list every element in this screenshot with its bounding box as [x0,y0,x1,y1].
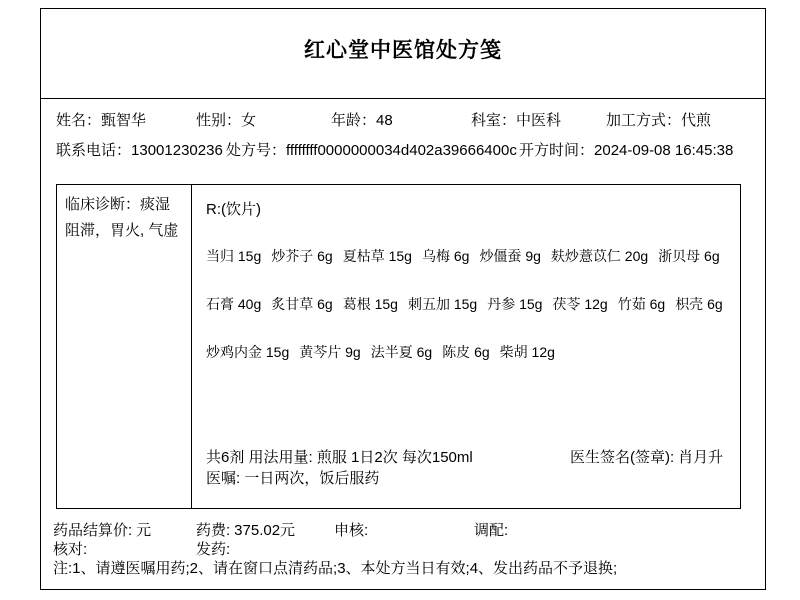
herb-line: 当归 15g炒芥子 6g夏枯草 15g乌梅 6g炒僵蚕 9g麸炒薏苡仁 20g浙… [206,232,726,280]
field-department: 科室：中医科 [471,109,561,130]
herb-item: 法半夏 6g [371,342,432,362]
field-phone: 联系电话：13001230236 [56,139,223,160]
footer-row-1: 药品结算价:元 药费:375.02元 申核: 调配: [41,519,765,538]
patient-age-value: 48 [376,112,393,129]
herb-item: 炙甘草 6g [271,294,332,314]
herb-item: 乌梅 6g [422,246,469,266]
herb-item: 陈皮 6g [442,342,489,362]
prescription-box: 临床诊断：痰湿阻滞，胃火, 气虚 R:(饮片) 当归 15g炒芥子 6g夏枯草 … [56,184,741,509]
rx-header: R:(饮片) [206,198,726,218]
field-issue-time: 开方时间：2024-09-08 16:45:38 [519,139,733,160]
field-patient-gender: 性别：女 [196,109,256,130]
patient-info-row-1: 姓名：甄智华 性别：女 年龄：48 科室：中医科 加工方式：代煎 [41,109,765,127]
patient-info-row-2: 联系电话：13001230236 处方号：ffffffff0000000034d… [41,139,765,157]
footer-row-3: 注:1、请遵医嘱用药;2、请在窗口点清药品;3、本处方当日有效;4、发出药品不予… [41,557,765,576]
footer-note: 注:1、请遵医嘱用药;2、请在窗口点清药品;3、本处方当日有效;4、发出药品不予… [53,557,617,578]
field-audit: 申核: [334,519,372,540]
herb-item: 柴胡 12g [500,342,555,362]
doctor-signature: 医生签名(签章):肖月升 [570,447,730,468]
field-settle-price: 药品结算价:元 [53,519,151,540]
settle-price-value: 元 [136,522,151,539]
footer-row-2: 核对: 发药: [41,538,765,557]
herb-item: 炒芥子 6g [271,246,332,266]
issue-time-value: 2024-09-08 16:45:38 [594,142,733,159]
herb-line: 石膏 40g炙甘草 6g葛根 15g刺五加 15g丹参 15g茯苓 12g竹茹 … [206,280,726,328]
prescription-page: 红心堂中医馆处方笺 姓名：甄智华 性别：女 年龄：48 科室：中医科 加工方式：… [0,0,800,600]
usage-summary: 共6剂 用法用量: 煎服 1日2次 每次150ml [206,447,473,468]
herb-item: 丹参 15g [487,294,542,314]
herb-item: 茯苓 12g [552,294,607,314]
herb-item: 麸炒薏苡仁 20g [551,246,648,266]
herb-item: 石膏 40g [206,294,261,314]
herb-item: 炒僵蚕 9g [479,246,540,266]
issue-med-label: 发药: [196,541,230,558]
rx-number-label: 处方号： [226,142,286,159]
field-check: 核对: [53,538,91,559]
doctor-signature-value: 肖月升 [678,449,723,466]
field-fee: 药费:375.02元 [196,519,295,540]
processing-method-label: 加工方式： [606,112,681,129]
prescription-content: R:(饮片) 当归 15g炒芥子 6g夏枯草 15g乌梅 6g炒僵蚕 9g麸炒薏… [192,185,740,508]
patient-age-label: 年龄： [331,112,376,129]
department-value: 中医科 [516,112,561,129]
herb-item: 黄芩片 9g [299,342,360,362]
issue-time-label: 开方时间： [519,142,594,159]
patient-name-label: 姓名： [56,112,101,129]
processing-method-value: 代煎 [681,112,711,129]
fee-label: 药费: [196,522,230,539]
audit-label: 申核: [334,522,368,539]
herb-item: 葛根 15g [343,294,398,314]
field-rx-number: 处方号：ffffffff0000000034d402a39666400c [226,139,517,160]
herb-item: 枳壳 6g [675,294,722,314]
settle-price-label: 药品结算价: [53,522,132,539]
header-divider [41,98,765,99]
herb-item: 炒鸡内金 15g [206,342,289,362]
field-patient-name: 姓名：甄智华 [56,109,146,130]
field-patient-age: 年龄：48 [331,109,393,130]
check-label: 核对: [53,541,87,558]
diagnosis-label: 临床诊断： [65,196,140,213]
herb-line: 炒鸡内金 15g黄芩片 9g法半夏 6g陈皮 6g柴胡 12g [206,328,726,376]
department-label: 科室： [471,112,516,129]
page-title: 红心堂中医馆处方笺 [41,34,765,64]
phone-value: 13001230236 [131,142,223,159]
field-processing-method: 加工方式：代煎 [606,109,711,130]
clinical-diagnosis: 临床诊断：痰湿阻滞，胃火, 气虚 [57,185,192,508]
patient-gender-label: 性别： [196,112,241,129]
field-dispense: 调配: [474,519,512,540]
doctor-signature-label: 医生签名(签章): [570,449,674,466]
herb-item: 刺五加 15g [408,294,477,314]
patient-name-value: 甄智华 [101,112,146,129]
herb-item: 浙贝母 6g [658,246,719,266]
herb-item: 夏枯草 15g [343,246,412,266]
fee-value: 375.02元 [234,522,295,539]
patient-gender-value: 女 [241,112,256,129]
herb-lines: 当归 15g炒芥子 6g夏枯草 15g乌梅 6g炒僵蚕 9g麸炒薏苡仁 20g浙… [206,232,726,376]
field-issue-med: 发药: [196,538,234,559]
doctor-advice: 医嘱: 一日两次，饭后服药 [206,468,473,489]
usage-block: 共6剂 用法用量: 煎服 1日2次 每次150ml 医嘱: 一日两次，饭后服药 [206,447,473,489]
phone-label: 联系电话： [56,142,131,159]
rx-number-value: ffffffff0000000034d402a39666400c [286,142,517,159]
herb-item: 当归 15g [206,246,261,266]
dispense-label: 调配: [474,522,508,539]
herb-item: 竹茹 6g [618,294,665,314]
prescription-border: 红心堂中医馆处方笺 姓名：甄智华 性别：女 年龄：48 科室：中医科 加工方式：… [40,8,766,590]
